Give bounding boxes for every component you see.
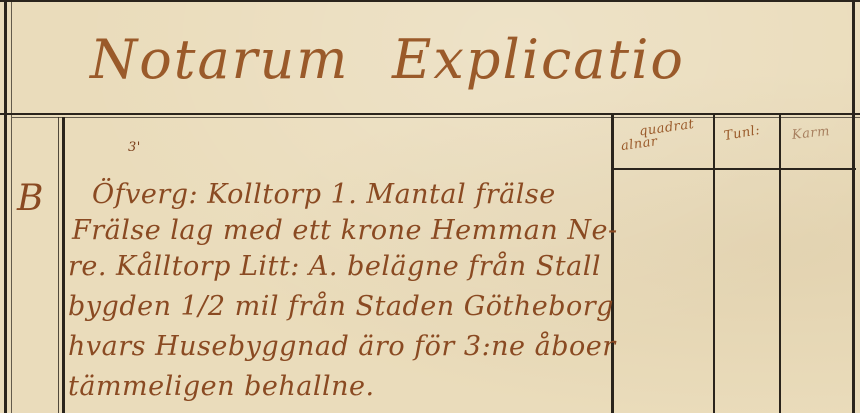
col-header-karm: Karm: [791, 126, 830, 142]
title-explicatio: Explicatio: [392, 28, 685, 91]
rule-header-bottom-1: [0, 113, 860, 115]
rule-letter-col-2: [62, 117, 65, 413]
rule-header-bottom-2: [12, 117, 860, 118]
entry-line-1: Öfverg: Kolltorp 1. Mantal frälse: [92, 178, 556, 212]
entry-line-5: hvars Husebyggnad äro för 3:ne åboer: [68, 330, 616, 364]
document-page: Notarum Explicatio quadrat alnar Tunl: K…: [0, 0, 860, 413]
rule-subheader: [611, 168, 856, 170]
rule-top: [0, 0, 860, 2]
entry-line-3: re. Kålltorp Litt: A. belägne från Stall: [68, 250, 601, 284]
rule-letter-col-1: [58, 117, 59, 413]
title-notarum: Notarum: [90, 28, 349, 91]
entry-line-6: tämmeligen behallne.: [68, 370, 375, 404]
entry-line-4: bygden 1/2 mil från Staden Götheborg: [68, 290, 614, 324]
rule-left-inner: [11, 0, 12, 413]
entry-superscript-note: 3': [128, 140, 141, 155]
col-header-tunl: Tunl:: [723, 125, 761, 143]
rule-col-karm-left: [779, 113, 781, 413]
rule-col-quadrat-left: [611, 113, 614, 413]
entry-line-2: Frälse lag med ett krone Hemman Ne-: [72, 214, 618, 248]
rule-right: [852, 0, 855, 413]
col-header-quadrat-alnar: quadrat alnar: [619, 119, 697, 153]
rule-col-tunl-left: [713, 113, 715, 413]
rule-left-outer: [4, 0, 7, 413]
entry-letter: B: [17, 178, 44, 219]
